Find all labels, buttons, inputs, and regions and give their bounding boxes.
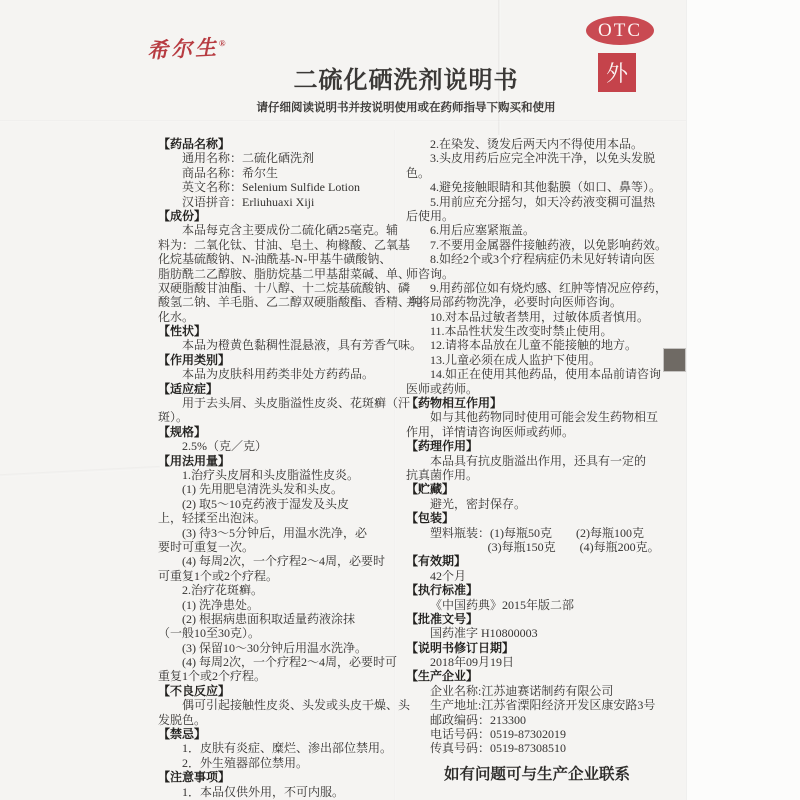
text-line: 6.用后应塞紧瓶盖。 xyxy=(406,223,668,237)
text-line: 抗真菌作用。 xyxy=(406,468,668,482)
text-line: 作用，详情请咨询医师或药师。 xyxy=(406,425,668,439)
section-heading: 【药物相互作用】 xyxy=(406,396,668,410)
brand-logo-text: 希尔生 xyxy=(146,35,219,63)
section-heading: 【有效期】 xyxy=(406,554,668,568)
text-line: 4.避免接触眼睛和其他黏膜（如口、鼻等）。 xyxy=(406,180,668,194)
text-line: （一般10至30克）。 xyxy=(158,626,402,640)
text-line: (4) 每周2次，一个疗程2～4周，必要时可 xyxy=(158,655,402,669)
text-line: 偶可引起接触性皮炎、头发或头皮干燥、头 xyxy=(158,698,402,712)
section-heading: 【药理作用】 xyxy=(406,439,668,453)
right-column: 2.在染发、烫发后两天内不得使用本品。3.头皮用药后应完全冲洗干净，以免头发脱色… xyxy=(406,137,668,756)
otc-badge: OTC xyxy=(586,16,654,45)
page-subtitle: 请仔细阅读说明书并按说明使用或在药师指导下购买和使用 xyxy=(145,99,667,115)
section-heading: 【注意事项】 xyxy=(158,770,402,784)
text-line: 生产地址:江苏省溧阳经济开发区康安路3号 xyxy=(406,698,668,712)
page-title: 二硫化硒洗剂说明书 xyxy=(145,60,667,95)
text-line: (2) 取5～10克药液于湿发及头皮 xyxy=(158,497,402,511)
text-line: 商品名称：希尔生 xyxy=(158,166,402,180)
section-heading: 【适应症】 xyxy=(158,382,402,396)
section-heading: 【不良反应】 xyxy=(158,684,402,698)
text-line: (2) 根据病患面积取适量药液涂抹 xyxy=(158,612,402,626)
text-line: 本品为皮肤科用药类非处方药药品。 xyxy=(158,367,402,381)
text-line: 1．本品仅供外用，不可内服。 xyxy=(158,785,402,799)
section-heading: 【药品名称】 xyxy=(158,137,402,151)
otc-badge-label: OTC xyxy=(598,20,642,42)
leaflet-page: 希尔生® OTC 外 二硫化硒洗剂说明书 请仔细阅读说明书并按说明使用或在药师指… xyxy=(0,0,800,800)
text-line: 1.治疗头皮屑和头皮脂溢性皮炎。 xyxy=(158,468,402,482)
contact-note: 如有问题可与生产企业联系 xyxy=(406,762,668,784)
text-line: 斑）。 xyxy=(158,410,402,424)
text-line: 5.用前应充分摇匀，如天冷药液变稠可温热 xyxy=(406,195,668,209)
text-line: 本品具有抗皮脂溢出作用，还具有一定的 xyxy=(406,454,668,468)
section-heading: 【贮藏】 xyxy=(406,482,668,496)
text-line: 重复1个或2个疗程。 xyxy=(158,669,402,683)
text-line: 医师或药师。 xyxy=(406,382,668,396)
paper-crease xyxy=(0,466,160,477)
text-line: (3)每瓶150克 (4)每瓶200克。 xyxy=(406,540,668,554)
text-line: 英文名称：Selenium Sulfide Lotion xyxy=(158,180,402,194)
text-line: 42个月 xyxy=(406,569,668,583)
text-line: 汉语拼音：Erliuhuaxi Xiji xyxy=(158,195,402,209)
section-heading: 【作用类别】 xyxy=(158,353,402,367)
section-heading: 【用法用量】 xyxy=(158,454,402,468)
text-line: 通用名称：二硫化硒洗剂 xyxy=(158,151,402,165)
text-line: 8.如经2个或3个疗程病症仍未见好转请向医 xyxy=(406,252,668,266)
text-line: 传真号码：0519-87308510 xyxy=(406,741,668,755)
text-line: 13.儿童必须在成人监护下使用。 xyxy=(406,353,668,367)
text-line: (1) 先用肥皂清洗头发和头皮。 xyxy=(158,482,402,496)
text-line: 电话号码：0519-87302019 xyxy=(406,727,668,741)
text-line: 可重复1个或2个疗程。 xyxy=(158,569,402,583)
text-line: 10.对本品过敏者禁用，过敏体质者慎用。 xyxy=(406,310,668,324)
text-line: 9.用药部位如有烧灼感、红肿等情况应停药， xyxy=(406,281,668,295)
text-line: 料为：二氧化钛、甘油、皂土、枸橼酸、乙氧基 xyxy=(158,238,402,252)
text-line: (3) 待3～5分钟后，用温水洗净，必 xyxy=(158,526,402,540)
text-line: 2018年09月19日 xyxy=(406,655,668,669)
text-line: 7.不要用金属器件接触药液，以免影响药效。 xyxy=(406,238,668,252)
text-line: 发脱色。 xyxy=(158,713,402,727)
section-heading: 【包装】 xyxy=(406,511,668,525)
text-line: 2.治疗花斑癣。 xyxy=(158,583,402,597)
registered-trademark-icon: ® xyxy=(219,38,226,48)
text-line: 酸氢二钠、羊毛脂、乙二醇双硬脂酸酯、香精、纯 xyxy=(158,295,402,309)
text-line: 3.头皮用药后应完全冲洗干净，以免头发脱 xyxy=(406,151,668,165)
section-heading: 【规格】 xyxy=(158,425,402,439)
text-line: 2．外生殖器部位禁用。 xyxy=(158,756,402,770)
text-line: 《中国药典》2015年版二部 xyxy=(406,598,668,612)
photo-background-strip xyxy=(686,0,800,800)
text-line: 12.请将本品放在儿童不能接触的地方。 xyxy=(406,338,668,352)
text-line: 化水。 xyxy=(158,310,402,324)
text-line: 2.5%（克／克） xyxy=(158,439,402,453)
text-line: 本品每克含主要成份二硫化硒25毫克。辅 xyxy=(158,223,402,237)
text-line: 用于去头屑、头皮脂溢性皮炎、花斑癣（汗 xyxy=(158,396,402,410)
paper-crease xyxy=(0,120,686,122)
text-line: (4) 每周2次，一个疗程2～4周，必要时 xyxy=(158,554,402,568)
section-heading: 【禁忌】 xyxy=(158,727,402,741)
section-heading: 【说明书修订日期】 xyxy=(406,641,668,655)
text-line: (1) 洗净患处。 xyxy=(158,598,402,612)
text-line: 塑料瓶装：(1)每瓶50克 (2)每瓶100克 xyxy=(406,526,668,540)
text-line: (3) 保留10～30分钟后用温水洗净。 xyxy=(158,641,402,655)
section-heading: 【性状】 xyxy=(158,324,402,338)
text-line: 双硬脂酸甘油酯、十八醇、十二烷基硫酸钠、磷 xyxy=(158,281,402,295)
section-heading: 【批准文号】 xyxy=(406,612,668,626)
text-line: 脂肪酰二乙醇胺、脂肪烷基二甲基甜菜碱、单、 xyxy=(158,267,402,281)
text-line: 邮政编码：213300 xyxy=(406,713,668,727)
section-heading: 【成份】 xyxy=(158,209,402,223)
text-line: 企业名称:江苏迪赛诺制药有限公司 xyxy=(406,684,668,698)
text-line: 师咨询。 xyxy=(406,267,668,281)
text-line: 1．皮肤有炎症、糜烂、渗出部位禁用。 xyxy=(158,741,402,755)
text-line: 要时可重复一次。 xyxy=(158,540,402,554)
section-heading: 【执行标准】 xyxy=(406,583,668,597)
text-line: 14.如正在使用其他药品，使用本品前请咨询 xyxy=(406,367,668,381)
text-line: 上，轻揉至出泡沫。 xyxy=(158,511,402,525)
text-line: 本品为橙黄色黏稠性混悬液，具有芳香气味。 xyxy=(158,338,402,352)
text-line: 如与其他药物同时使用可能会发生药物相互 xyxy=(406,410,668,424)
text-line: 化烷基硫酸钠、N-油酰基-N-甲基牛磺酸钠、 xyxy=(158,252,402,266)
text-line: 2.在染发、烫发后两天内不得使用本品。 xyxy=(406,137,668,151)
text-line: 国药准字 H10800003 xyxy=(406,626,668,640)
print-registration-mark xyxy=(663,348,686,372)
left-column: 【药品名称】通用名称：二硫化硒洗剂商品名称：希尔生英文名称：Selenium S… xyxy=(158,137,402,799)
section-heading: 【生产企业】 xyxy=(406,669,668,683)
text-line: 后使用。 xyxy=(406,209,668,223)
text-line: 并将局部药物洗净，必要时向医师咨询。 xyxy=(406,295,668,309)
text-line: 11.本品性状发生改变时禁止使用。 xyxy=(406,324,668,338)
text-line: 避光，密封保存。 xyxy=(406,497,668,511)
text-line: 色。 xyxy=(406,166,668,180)
